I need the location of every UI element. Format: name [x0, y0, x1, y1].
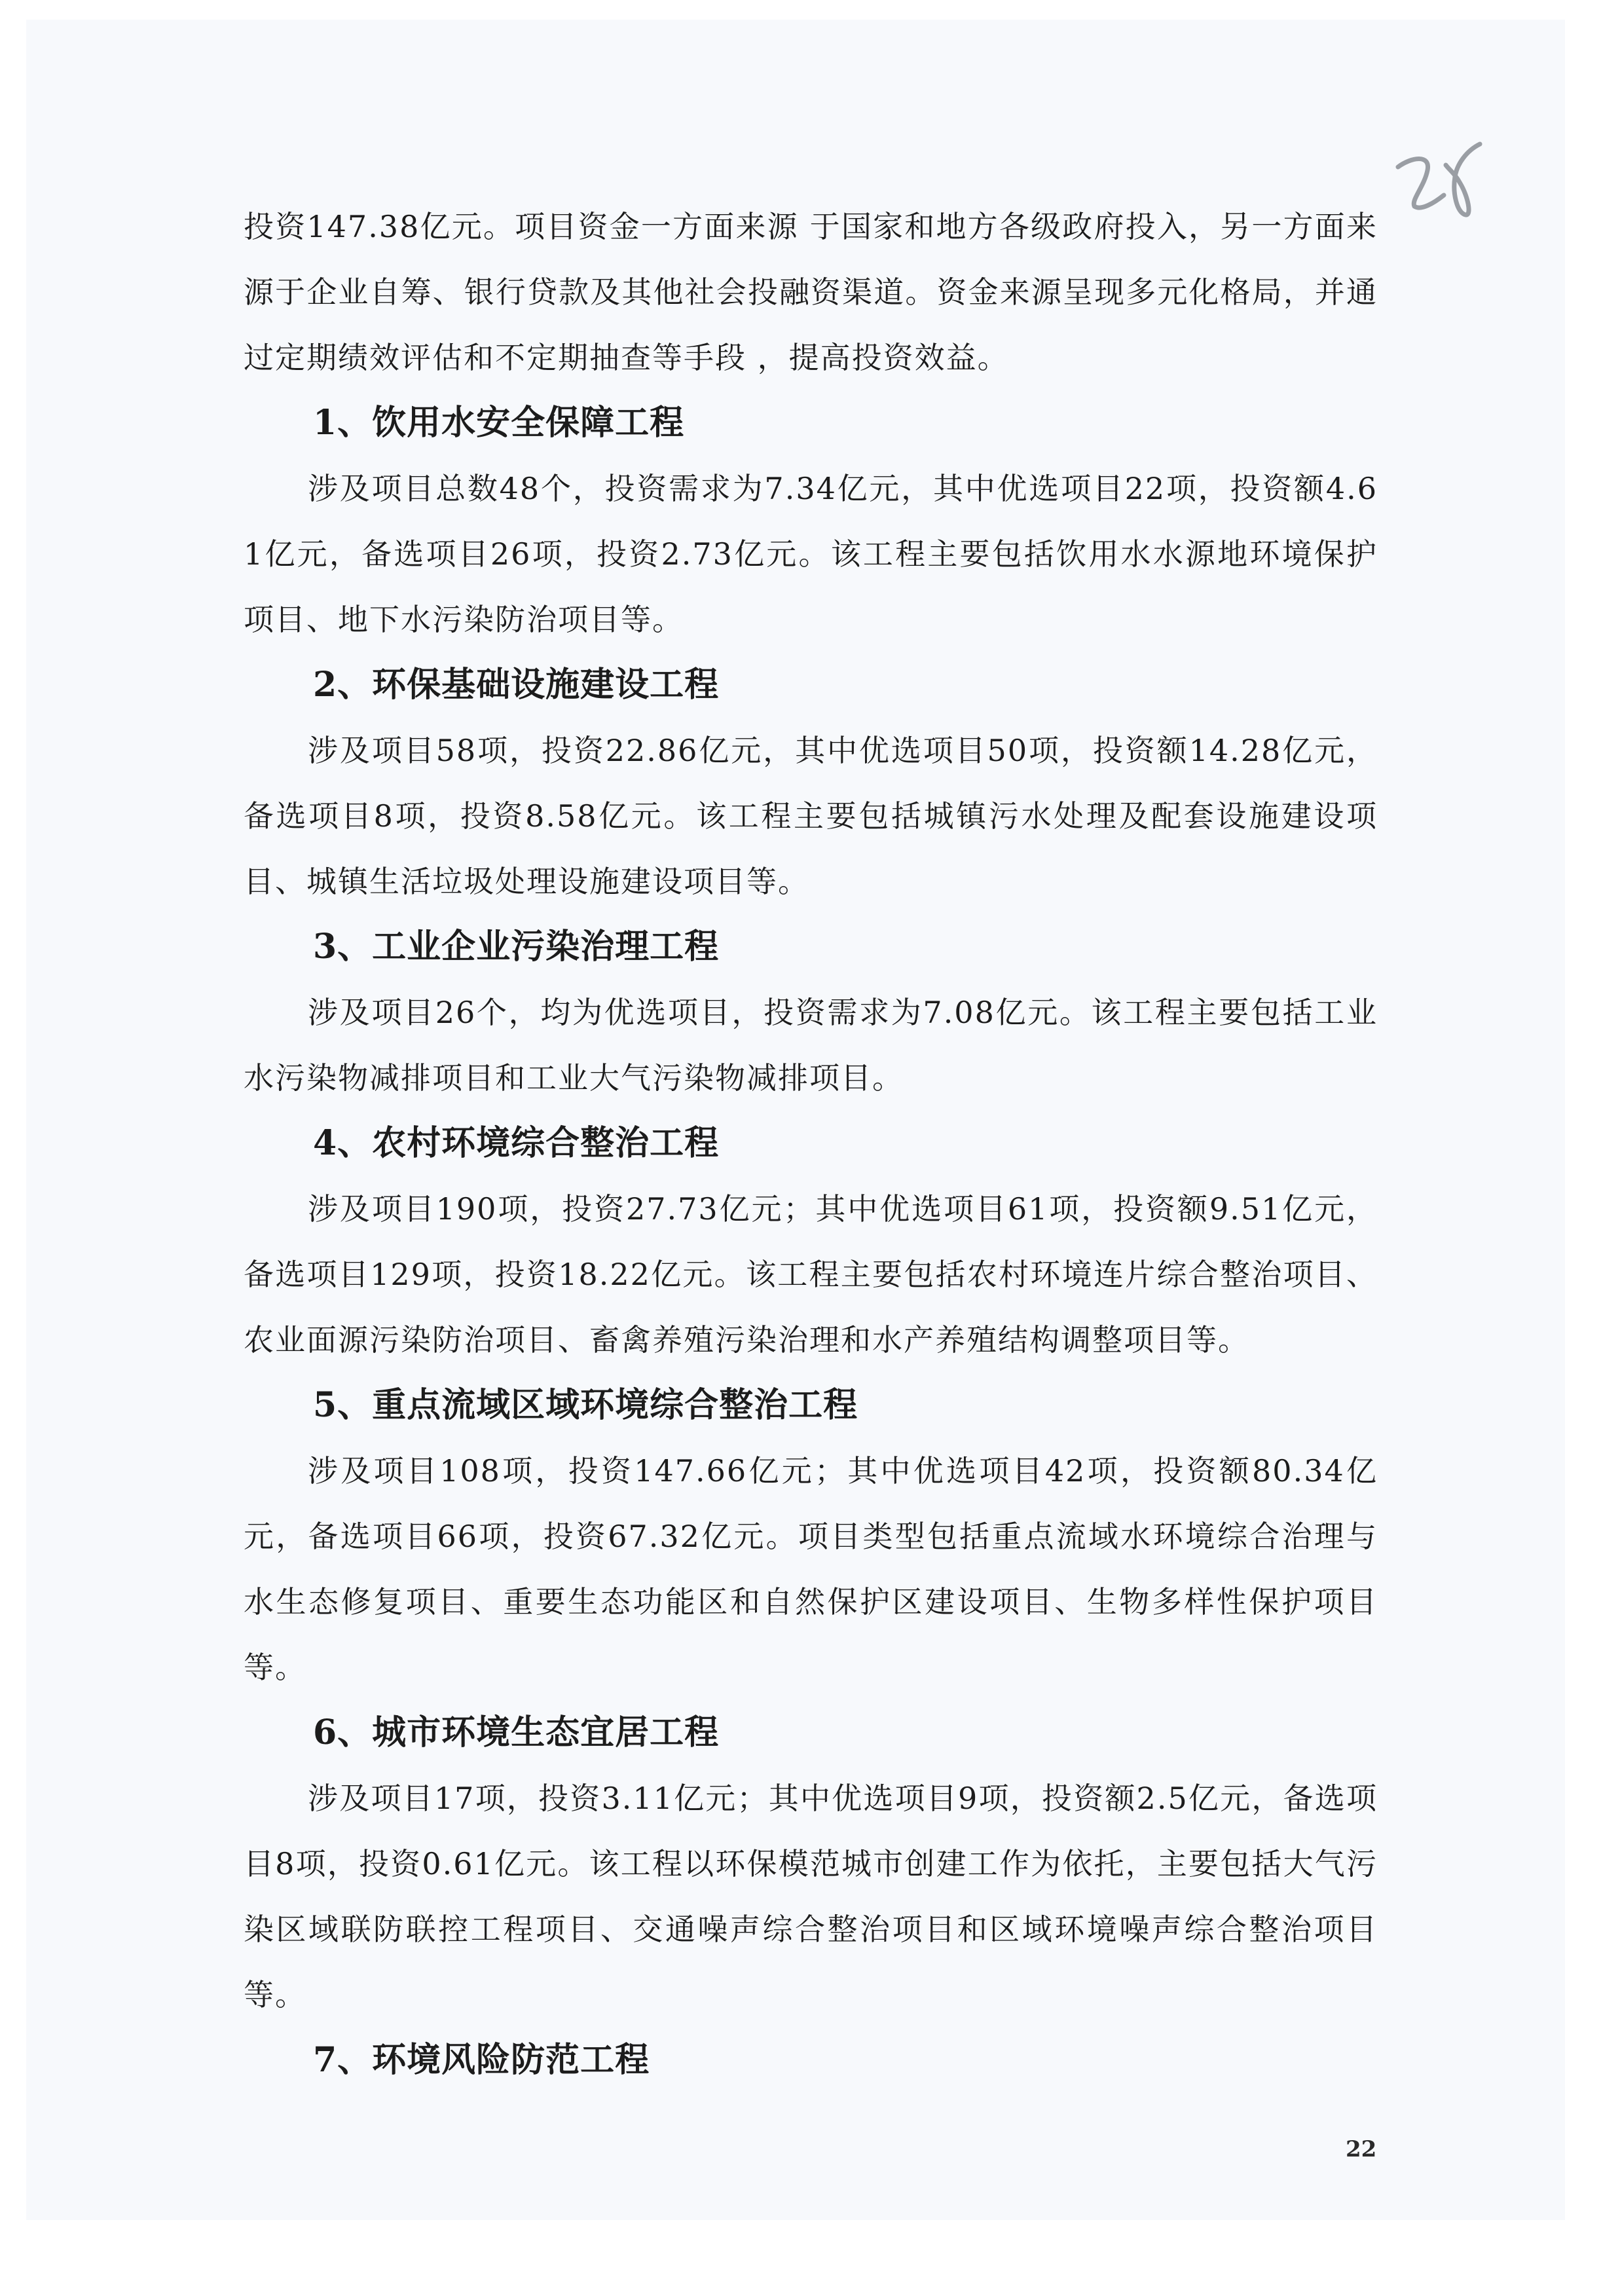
section-body: 涉及项目总数48个，投资需求为7.34亿元，其中优选项目22项，投资额4.61亿…: [244, 456, 1378, 652]
section-heading: 5、重点流域区域环境综合整治工程: [244, 1373, 1378, 1438]
section-heading: 6、城市环境生态宜居工程: [244, 1700, 1378, 1766]
section-heading: 4、农村环境综合整治工程: [244, 1111, 1378, 1176]
section-heading: 2、环保基础设施建设工程: [244, 652, 1378, 718]
section-heading: 1、饮用水安全保障工程: [244, 390, 1378, 456]
page-number: 22: [1346, 2136, 1376, 2162]
handwritten-page-mark: [1395, 138, 1493, 229]
section-body: 涉及项目17项，投资3.11亿元；其中优选项目9项，投资额2.5亿元，备选项目8…: [244, 1766, 1378, 2028]
section-heading: 7、环境风险防范工程: [244, 2028, 1378, 2093]
section-body: 涉及项目26个，均为优选项目，投资需求为7.08亿元。该工程主要包括工业水污染物…: [244, 980, 1378, 1111]
section-body: 涉及项目190项，投资27.73亿元；其中优选项目61项，投资额9.51亿元，备…: [244, 1176, 1378, 1373]
section-heading: 3、工业企业污染治理工程: [244, 914, 1378, 980]
intro-paragraph: 投资147.38亿元。项目资金一方面来源 于国家和地方各级政府投入，另一方面来源…: [244, 194, 1378, 390]
document-body: 投资147.38亿元。项目资金一方面来源 于国家和地方各级政府投入，另一方面来源…: [244, 194, 1378, 2093]
section-body: 涉及项目108项，投资147.66亿元；其中优选项目42项，投资额80.34亿元…: [244, 1438, 1378, 1700]
section-body: 涉及项目58项，投资22.86亿元，其中优选项目50项，投资额14.28亿元，备…: [244, 718, 1378, 914]
